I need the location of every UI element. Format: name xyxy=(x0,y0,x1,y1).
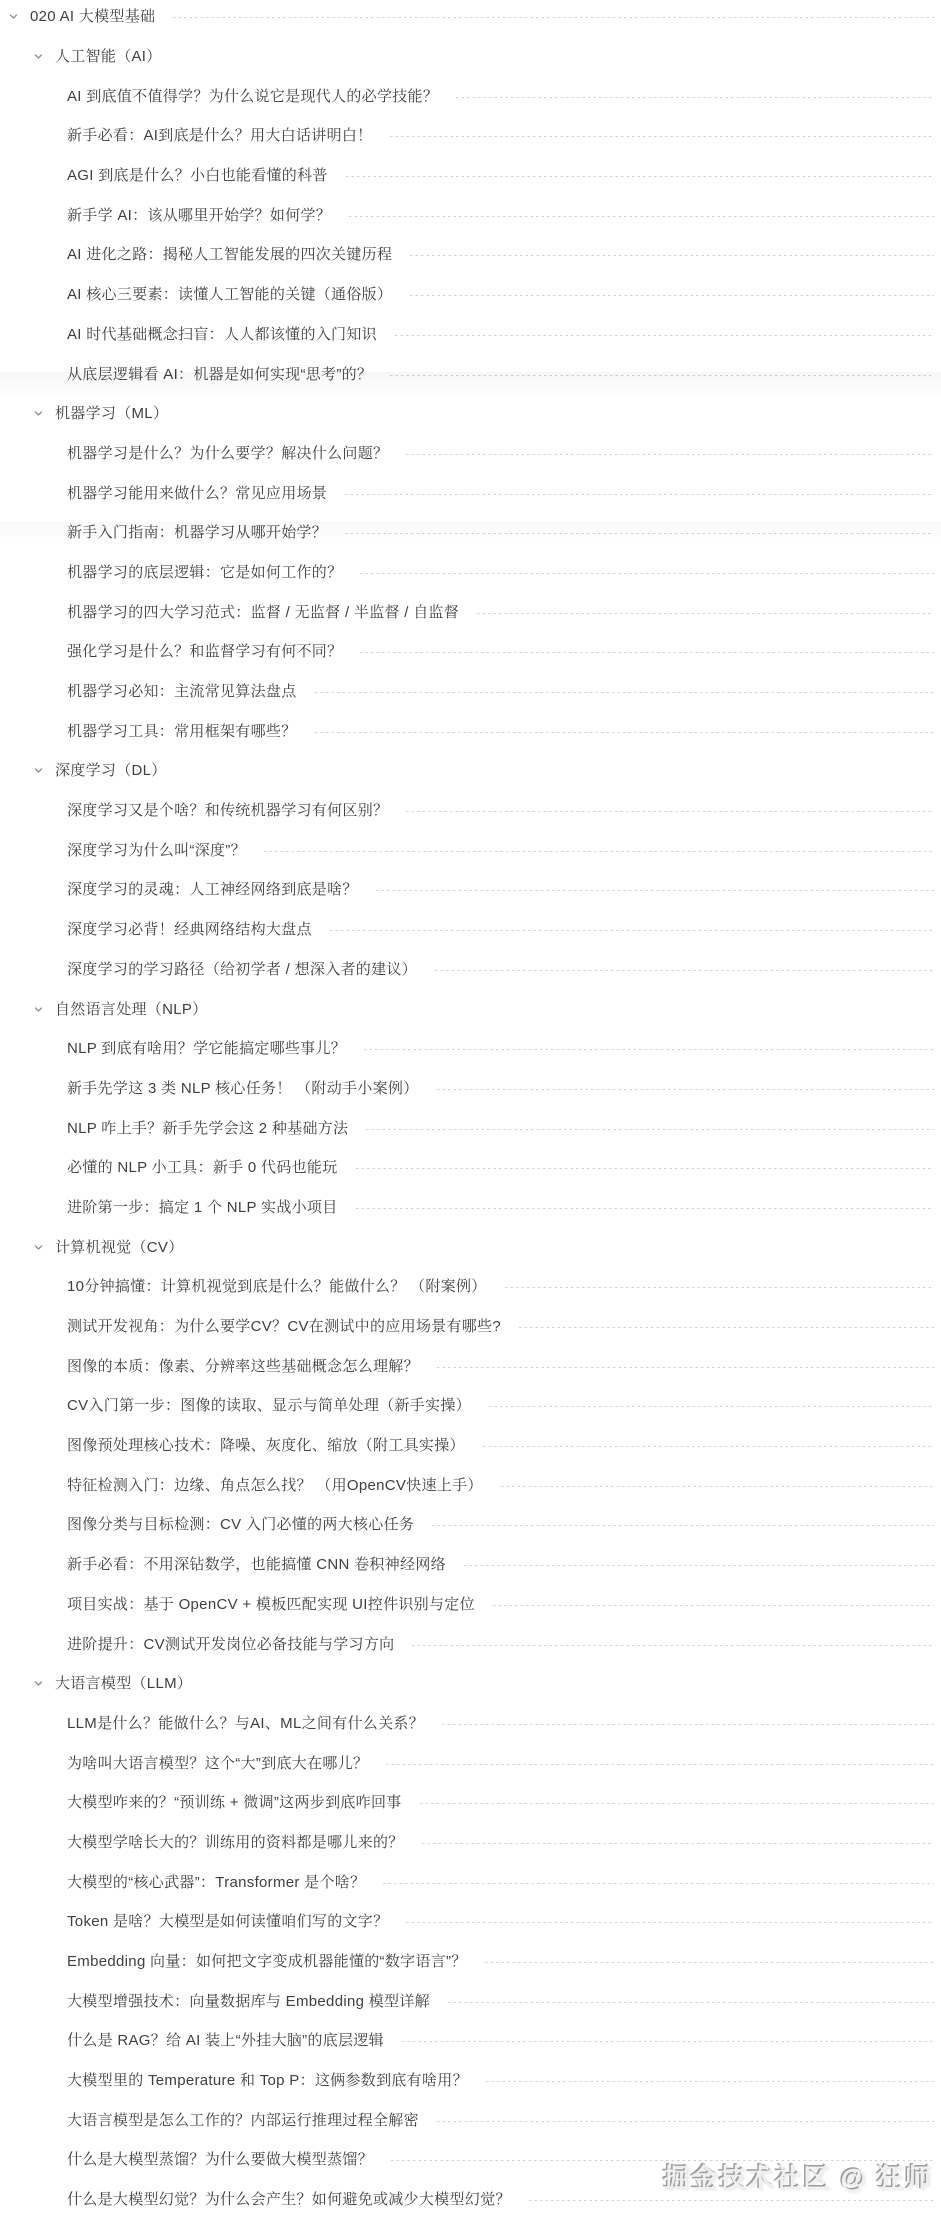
outline-row-item[interactable]: NLP 咋上手？新手先学会这 2 种基础方法 xyxy=(0,1108,941,1148)
outline-row-item[interactable]: 深度学习的灵魂：人工神经网络到底是啥？ xyxy=(0,870,941,910)
outline-row-item[interactable]: 大模型咋来的？“预训练 + 微调”这两步到底咋回事 xyxy=(0,1783,941,1823)
outline-item-label: AI 到底值不值得学？为什么说它是现代人的必学技能？ xyxy=(67,89,438,104)
outline-page: 020 AI 大模型基础 人工智能（AI） AI 到底值不值得学？为什么说它是现… xyxy=(0,0,941,2222)
outline-row-item[interactable]: 大语言模型是怎么工作的？内部运行推理过程全解密 xyxy=(0,2100,941,2140)
chevron-down-icon[interactable] xyxy=(33,408,44,419)
outline-row-item[interactable]: 新手入门指南：机器学习从哪开始学？ xyxy=(0,513,941,553)
outline-item-label: NLP 咋上手？新手先学会这 2 种基础方法 xyxy=(67,1121,348,1136)
leader-line xyxy=(345,494,934,495)
leader-line xyxy=(442,1724,934,1725)
leader-line xyxy=(346,176,934,177)
leader-line xyxy=(437,1367,934,1368)
leader-line xyxy=(330,930,934,931)
outline-item-label: CV入门第一步：图像的读取、显示与简单处理（新手实操） xyxy=(67,1398,471,1413)
leader-line xyxy=(390,375,934,376)
outline-item-label: 什么是 RAG？给 AI 装上“外挂大脑”的底层逻辑 xyxy=(67,2033,384,2048)
outline-row-section[interactable]: 计算机视觉（CV） xyxy=(0,1227,941,1267)
leader-line xyxy=(406,454,934,455)
outline-item-label: 新手必看：不用深钻数学，也能搞懂 CNN 卷积神经网络 xyxy=(67,1557,446,1572)
leader-line xyxy=(464,1565,934,1566)
outline-row-item[interactable]: 大模型的“核心武器”：Transformer 是个啥？ xyxy=(0,1862,941,1902)
outline-row-item[interactable]: 什么是 RAG？给 AI 装上“外挂大脑”的底层逻辑 xyxy=(0,2021,941,2061)
outline-row-item[interactable]: AGI 到底是什么？小白也能看懂的科普 xyxy=(0,156,941,196)
outline-item-label: 人工智能（AI） xyxy=(55,49,162,64)
leader-line xyxy=(349,216,934,217)
outline-row-item[interactable]: 进阶第一步：搞定 1 个 NLP 实战小项目 xyxy=(0,1188,941,1228)
leader-line xyxy=(360,573,934,574)
outline-row-item[interactable]: 大模型学啥长大的？训练用的资料都是哪儿来的？ xyxy=(0,1823,941,1863)
outline-item-label: 项目实战：基于 OpenCV + 模板匹配实现 UI控件识别与定位 xyxy=(67,1597,475,1612)
leader-line xyxy=(432,1525,934,1526)
outline-item-label: 机器学习必知：主流常见算法盘点 xyxy=(67,684,297,699)
outline-row-item[interactable]: 图像的本质：像素、分辨率这些基础概念怎么理解？ xyxy=(0,1346,941,1386)
leader-line xyxy=(315,732,934,733)
leader-line xyxy=(173,17,934,18)
outline-row-item[interactable]: CV入门第一步：图像的读取、显示与简单处理（新手实操） xyxy=(0,1386,941,1426)
outline-item-label: NLP 到底有啥用？学它能搞定哪些事儿？ xyxy=(67,1041,346,1056)
outline-item-label: 020 AI 大模型基础 xyxy=(30,9,155,24)
outline-item-label: AI 进化之路：揭秘人工智能发展的四次关键历程 xyxy=(67,247,392,262)
outline-row-item[interactable]: 为啥叫大语言模型？这个“大”到底大在哪儿？ xyxy=(0,1743,941,1783)
outline-row-item[interactable]: AI 核心三要素：读懂人工智能的关键（通俗版） xyxy=(0,275,941,315)
outline-item-label: 新手入门指南：机器学习从哪开始学？ xyxy=(67,525,327,540)
leader-line xyxy=(360,652,934,653)
leader-line xyxy=(483,1446,934,1447)
leader-line xyxy=(356,1168,934,1169)
outline-item-label: 测试开发视角：为什么要学CV？CV在测试中的应用场景有哪些? xyxy=(67,1319,501,1334)
outline-item-label: 深度学习的灵魂：人工神经网络到底是啥？ xyxy=(67,882,358,897)
outline-row-item[interactable]: AI 时代基础概念扫盲：人人都该懂的入门知识 xyxy=(0,315,941,355)
outline-item-label: 深度学习的学习路径（给初学者 / 想深入者的建议） xyxy=(67,962,417,977)
outline-row-item[interactable]: 新手必看：AI到底是什么？用大白话讲明白！ xyxy=(0,116,941,156)
leader-line xyxy=(395,335,934,336)
leader-line xyxy=(529,2200,934,2201)
outline-item-label: AI 时代基础概念扫盲：人人都该懂的入门知识 xyxy=(67,327,377,342)
outline-item-label: 进阶提升：CV测试开发岗位必备技能与学习方向 xyxy=(67,1637,394,1652)
outline-item-label: 大语言模型是怎么工作的？内部运行推理过程全解密 xyxy=(67,2113,419,2128)
leader-line xyxy=(493,1605,934,1606)
outline-item-label: 进阶第一步：搞定 1 个 NLP 实战小项目 xyxy=(67,1200,338,1215)
outline-item-label: 机器学习的底层逻辑：它是如何工作的？ xyxy=(67,565,342,580)
chevron-down-icon[interactable] xyxy=(33,51,44,62)
outline-row-item[interactable]: 机器学习的四大学习范式：监督 / 无监督 / 半监督 / 自监督 xyxy=(0,592,941,632)
outline-item-label: 图像分类与目标检测：CV 入门必懂的两大核心任务 xyxy=(67,1517,414,1532)
outline-row-item[interactable]: 图像预处理核心技术：降噪、灰度化、缩放（附工具实操） xyxy=(0,1426,941,1466)
outline-item-label: 特征检测入门：边缘、角点怎么找？ （用OpenCV快速上手） xyxy=(67,1478,483,1493)
outline-row-item[interactable]: 新手必看：不用深钻数学，也能搞懂 CNN 卷积神经网络 xyxy=(0,1545,941,1585)
outline-row-item[interactable]: 进阶提升：CV测试开发岗位必备技能与学习方向 xyxy=(0,1624,941,1664)
leader-line xyxy=(402,2041,934,2042)
outline-item-label: Embedding 向量：如何把文字变成机器能懂的“数字语言”？ xyxy=(67,1954,467,1969)
chevron-down-icon[interactable] xyxy=(33,765,44,776)
outline-item-label: 大语言模型（LLM） xyxy=(55,1676,192,1691)
outline-item-label: AGI 到底是什么？小白也能看懂的科普 xyxy=(67,168,328,183)
leader-line xyxy=(390,136,934,137)
outline-row-item[interactable]: AI 到底值不值得学？为什么说它是现代人的必学技能？ xyxy=(0,76,941,116)
leader-line xyxy=(420,1803,934,1804)
outline-row-item[interactable]: 新手学 AI：该从哪里开始学？如何学？ xyxy=(0,195,941,235)
outline-item-label: 大模型里的 Temperature 和 Top P：这俩参数到底有啥用？ xyxy=(67,2073,468,2088)
leader-line xyxy=(410,295,934,296)
outline-row-item[interactable]: AI 进化之路：揭秘人工智能发展的四次关键历程 xyxy=(0,235,941,275)
outline-item-label: 大模型的“核心武器”：Transformer 是个啥？ xyxy=(67,1875,365,1890)
leader-line xyxy=(437,1089,935,1090)
leader-line xyxy=(383,1883,934,1884)
outline-item-label: 深度学习必背！经典网络结构大盘点 xyxy=(67,922,312,937)
outline-row-section[interactable]: 自然语言处理（NLP） xyxy=(0,989,941,1029)
outline-row-item[interactable]: 大模型增强技术：向量数据库与 Embedding 模型详解 xyxy=(0,1981,941,2021)
leader-line xyxy=(505,1287,934,1288)
outline-item-label: 大模型咋来的？“预训练 + 微调”这两步到底咋回事 xyxy=(67,1795,402,1810)
outline-item-label: 机器学习工具：常用框架有哪些？ xyxy=(67,724,297,739)
leader-line xyxy=(364,1049,934,1050)
outline-row-item[interactable]: 测试开发视角：为什么要学CV？CV在测试中的应用场景有哪些? xyxy=(0,1307,941,1347)
leader-line xyxy=(345,533,934,534)
leader-line xyxy=(410,255,934,256)
outline-item-label: 机器学习是什么？为什么要学？解决什么问题？ xyxy=(67,446,388,461)
outline-item-label: 图像预处理核心技术：降噪、灰度化、缩放（附工具实操） xyxy=(67,1438,465,1453)
outline-row-item[interactable]: 深度学习必背！经典网络结构大盘点 xyxy=(0,910,941,950)
outline-item-label: 新手学 AI：该从哪里开始学？如何学？ xyxy=(67,208,331,223)
outline-row-section[interactable]: 人工智能（AI） xyxy=(0,37,941,77)
outline-item-label: 计算机视觉（CV） xyxy=(55,1240,184,1255)
outline-item-label: Token 是啥？大模型是如何读懂咱们写的文字？ xyxy=(67,1914,388,1929)
outline-row-item[interactable]: 机器学习必知：主流常见算法盘点 xyxy=(0,672,941,712)
chevron-down-icon[interactable] xyxy=(8,11,19,22)
leader-line xyxy=(501,1486,934,1487)
outline-row-item[interactable]: 从底层逻辑看 AI：机器是如何实现“思考”的？ xyxy=(0,354,941,394)
outline-item-label: 深度学习（DL） xyxy=(55,763,167,778)
outline-row-item[interactable]: 必懂的 NLP 小工具：新手 0 代码也能玩 xyxy=(0,1148,941,1188)
outline-tree: 020 AI 大模型基础 人工智能（AI） AI 到底值不值得学？为什么说它是现… xyxy=(0,0,941,2220)
outline-item-label: 大模型学啥长大的？训练用的资料都是哪儿来的？ xyxy=(67,1835,404,1850)
outline-item-label: AI 核心三要素：读懂人工智能的关键（通俗版） xyxy=(67,287,392,302)
outline-row-item[interactable]: 深度学习又是个啥？和传统机器学习有何区别？ xyxy=(0,791,941,831)
leader-line xyxy=(356,1208,934,1209)
outline-item-label: 图像的本质：像素、分辨率这些基础概念怎么理解？ xyxy=(67,1359,419,1374)
outline-row-item[interactable]: 机器学习工具：常用框架有哪些？ xyxy=(0,711,941,751)
outline-item-label: 机器学习能用来做什么？常见应用场景 xyxy=(67,486,327,501)
chevron-down-icon[interactable] xyxy=(33,1004,44,1015)
outline-row-item[interactable]: LLM是什么？能做什么？与AI、ML之间有什么关系？ xyxy=(0,1704,941,1744)
outline-item-label: 深度学习为什么叫“深度”？ xyxy=(67,843,246,858)
outline-row-section[interactable]: 机器学习（ML） xyxy=(0,394,941,434)
outline-item-label: 为啥叫大语言模型？这个“大”到底大在哪儿？ xyxy=(67,1756,368,1771)
outline-row-item[interactable]: Token 是啥？大模型是如何读懂咱们写的文字？ xyxy=(0,1902,941,1942)
leader-line xyxy=(366,1129,934,1130)
outline-item-label: 强化学习是什么？和监督学习有何不同？ xyxy=(67,644,342,659)
outline-row-item[interactable]: 机器学习能用来做什么？常见应用场景 xyxy=(0,473,941,513)
outline-item-label: 新手必看：AI到底是什么？用大白话讲明白！ xyxy=(67,128,372,143)
outline-row-section[interactable]: 深度学习（DL） xyxy=(0,751,941,791)
outline-row-item[interactable]: 机器学习的底层逻辑：它是如何工作的？ xyxy=(0,553,941,593)
outline-item-label: 从底层逻辑看 AI：机器是如何实现“思考”的？ xyxy=(67,367,372,382)
outline-row-item[interactable]: 大模型里的 Temperature 和 Top P：这俩参数到底有啥用？ xyxy=(0,2061,941,2101)
outline-row-item[interactable]: Embedding 向量：如何把文字变成机器能懂的“数字语言”？ xyxy=(0,1942,941,1982)
outline-row-root[interactable]: 020 AI 大模型基础 xyxy=(0,0,941,37)
leader-line xyxy=(435,970,934,971)
outline-item-label: 什么是大模型幻觉？为什么会产生？如何避免或减少大模型幻觉？ xyxy=(67,2192,511,2207)
outline-row-item[interactable]: 深度学习的学习路径（给初学者 / 想深入者的建议） xyxy=(0,950,941,990)
outline-item-label: 机器学习的四大学习范式：监督 / 无监督 / 半监督 / 自监督 xyxy=(67,605,459,620)
outline-item-label: 深度学习又是个啥？和传统机器学习有何区别？ xyxy=(67,803,388,818)
leader-line xyxy=(406,811,934,812)
outline-row-item[interactable]: 强化学习是什么？和监督学习有何不同？ xyxy=(0,632,941,672)
leader-line xyxy=(485,1962,934,1963)
leader-line xyxy=(437,2121,934,2122)
outline-item-label: 什么是大模型蒸馏？为什么要做大模型蒸馏？ xyxy=(67,2152,373,2167)
leader-line xyxy=(412,1645,934,1646)
chevron-down-icon[interactable] xyxy=(33,1678,44,1689)
outline-row-item[interactable]: 深度学习为什么叫“深度”？ xyxy=(0,830,941,870)
outline-row-item[interactable]: NLP 到底有啥用？学它能搞定哪些事儿？ xyxy=(0,1029,941,1069)
watermark: 掘金技术社区 @ 狂师 xyxy=(663,2158,933,2195)
chevron-down-icon[interactable] xyxy=(33,1242,44,1253)
outline-item-label: 机器学习（ML） xyxy=(55,406,168,421)
leader-line xyxy=(456,97,934,98)
leader-line xyxy=(376,890,934,891)
outline-item-label: 10分钟搞懂：计算机视觉到底是什么？能做什么？ （附案例） xyxy=(67,1279,487,1294)
outline-row-section[interactable]: 大语言模型（LLM） xyxy=(0,1664,941,1704)
leader-line xyxy=(489,1406,934,1407)
outline-item-label: 必懂的 NLP 小工具：新手 0 代码也能玩 xyxy=(67,1160,338,1175)
outline-item-label: 自然语言处理（NLP） xyxy=(55,1002,207,1017)
outline-row-item[interactable]: 特征检测入门：边缘、角点怎么找？ （用OpenCV快速上手） xyxy=(0,1465,941,1505)
outline-row-item[interactable]: 项目实战：基于 OpenCV + 模板匹配实现 UI控件识别与定位 xyxy=(0,1585,941,1625)
outline-row-item[interactable]: 10分钟搞懂：计算机视觉到底是什么？能做什么？ （附案例） xyxy=(0,1267,941,1307)
leader-line xyxy=(422,1843,934,1844)
leader-line xyxy=(264,851,934,852)
leader-line xyxy=(519,1327,934,1328)
outline-item-label: 大模型增强技术：向量数据库与 Embedding 模型详解 xyxy=(67,1994,430,2009)
leader-line xyxy=(448,2002,934,2003)
outline-row-item[interactable]: 新手先学这 3 类 NLP 核心任务！ （附动手小案例） xyxy=(0,1069,941,1109)
leader-line xyxy=(315,692,934,693)
leader-line xyxy=(486,2081,934,2082)
outline-item-label: 新手先学这 3 类 NLP 核心任务！ （附动手小案例） xyxy=(67,1081,419,1096)
leader-line xyxy=(477,613,934,614)
leader-line xyxy=(406,1922,934,1923)
outline-item-label: LLM是什么？能做什么？与AI、ML之间有什么关系？ xyxy=(67,1716,424,1731)
leader-line xyxy=(386,1764,934,1765)
outline-row-item[interactable]: 图像分类与目标检测：CV 入门必懂的两大核心任务 xyxy=(0,1505,941,1545)
outline-row-item[interactable]: 机器学习是什么？为什么要学？解决什么问题？ xyxy=(0,434,941,474)
